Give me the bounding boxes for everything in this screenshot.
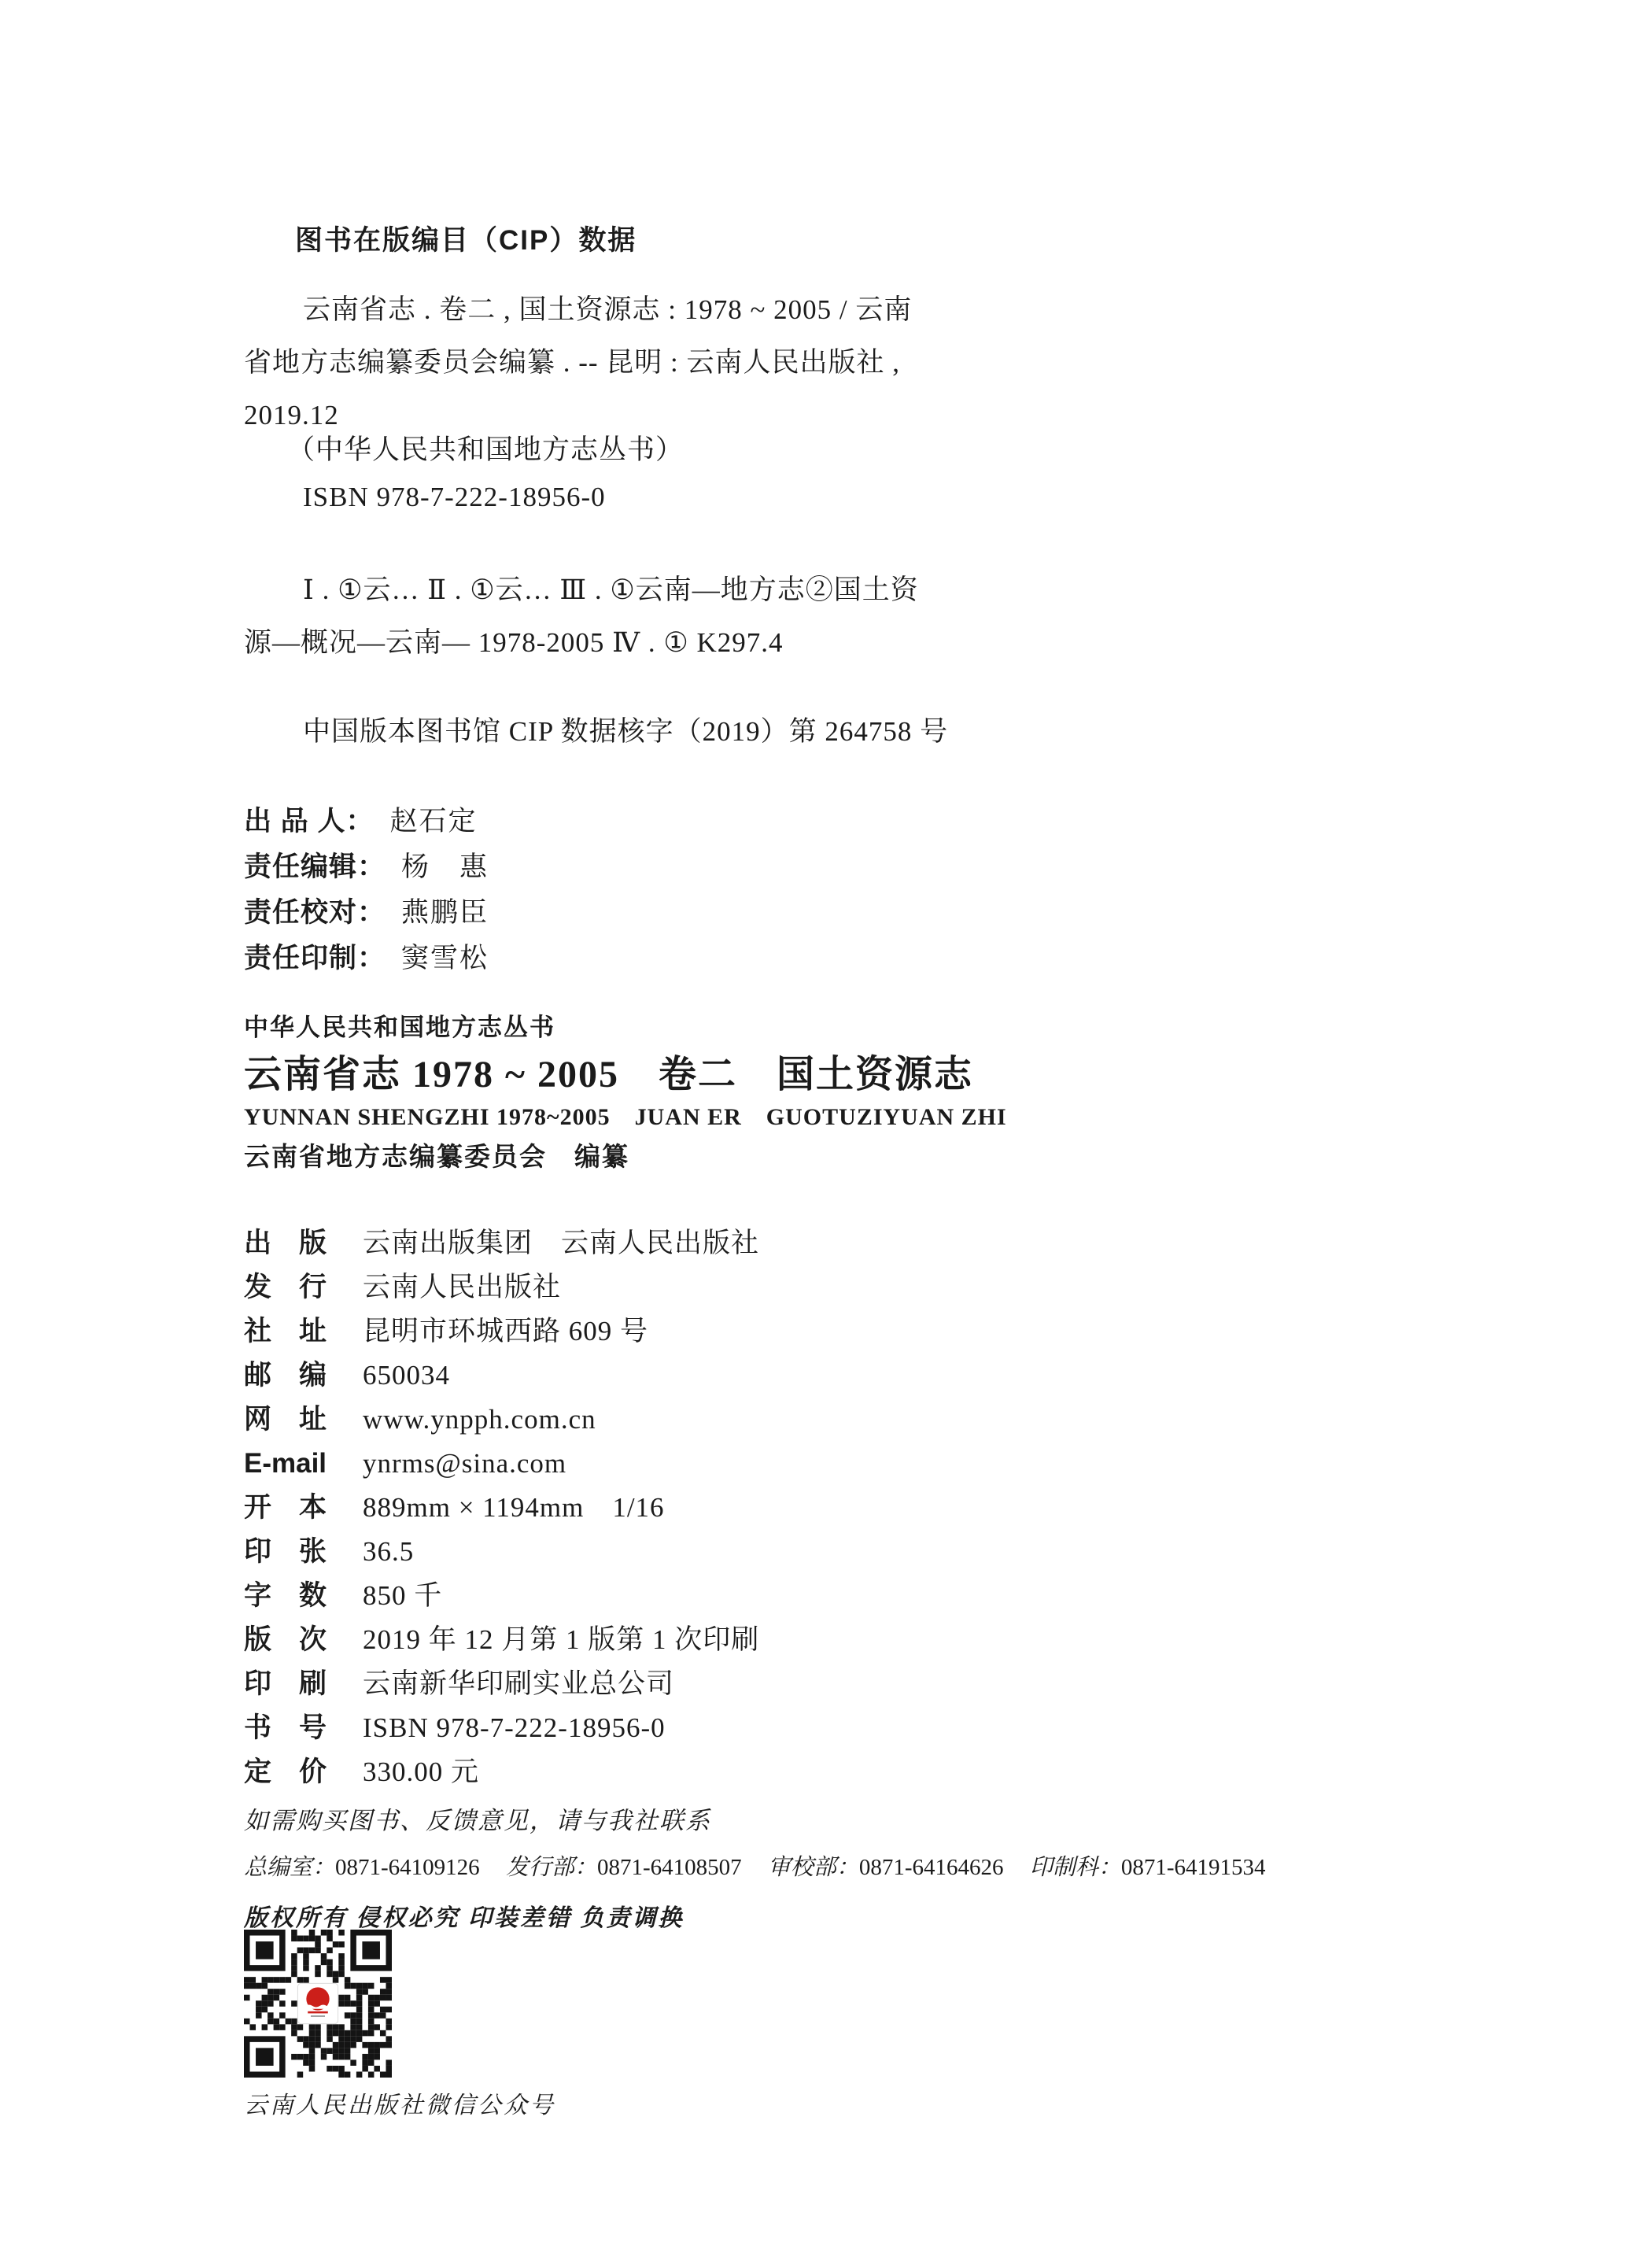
credit-value: 赵石定: [389, 806, 477, 837]
credit-label: 责任校对：: [244, 897, 386, 928]
publication-label: 出 版: [244, 1221, 334, 1265]
publication-value: 云南出版集团 云南人民出版社: [363, 1228, 759, 1258]
contact-phone: 0871-64164626: [859, 1855, 1004, 1880]
publication-value: ynrms@sina.com: [363, 1448, 566, 1479]
publication-value: 2019 年 12 月第 1 版第 1 次印刷: [363, 1624, 759, 1655]
publication-value: 889mm × 1194mm 1/16: [363, 1492, 665, 1523]
publication-label: 定 价: [244, 1750, 334, 1794]
contact-printing-dept: 印制科：0871-64191534: [1030, 1855, 1266, 1880]
publication-value: 云南新华印刷实业总公司: [363, 1668, 674, 1699]
series-note: （中华人民共和国地方志丛书）: [244, 428, 684, 467]
copyright-notice: 版权所有 侵权必究 印装差错 负责调换: [244, 1898, 684, 1933]
publication-value: 850 千: [363, 1580, 442, 1611]
publication-value: www.ynpph.com.cn: [363, 1404, 596, 1435]
credit-row-print-supervisor: 责任印制：窦雪松: [244, 936, 489, 981]
cip-isbn: ISBN 978-7-222-18956-0: [303, 482, 606, 513]
publication-label: 发 行: [244, 1265, 334, 1309]
publication-value: 330.00 元: [363, 1756, 479, 1787]
cip-class-line1: Ⅰ . ①云… Ⅱ . ①云… Ⅲ . ①云南—地方志②国土资: [244, 563, 1149, 616]
publication-details: 出 版云南出版集团 云南人民出版社 发 行云南人民出版社 社 址昆明市环城西路 …: [244, 1221, 759, 1794]
contact-proofreading-dept: 审校部：0871-64164626: [768, 1855, 1004, 1880]
cip-header: 图书在版编目（CIP）数据: [295, 219, 637, 258]
publication-row-address: 社 址昆明市环城西路 609 号: [244, 1309, 759, 1354]
contact-phone: 0871-64191534: [1121, 1855, 1266, 1880]
publication-row-website: 网 址www.ynpph.com.cn: [244, 1398, 759, 1442]
cip-classification: Ⅰ . ①云… Ⅱ . ①云… Ⅲ . ①云南—地方志②国土资 源—概况—云南—…: [244, 563, 1149, 669]
credit-label: 出 品 人：: [244, 806, 374, 837]
publication-row-publisher: 出 版云南出版集团 云南人民出版社: [244, 1221, 759, 1265]
publication-label: E-mail: [244, 1442, 334, 1486]
publication-label: 网 址: [244, 1398, 334, 1442]
credit-value: 杨 惠: [401, 851, 489, 882]
credit-row-editor: 责任编辑：杨 惠: [244, 844, 489, 890]
qr-code: [244, 1930, 392, 2078]
publication-label: 书 号: [244, 1706, 334, 1750]
credit-row-proofreader: 责任校对：燕鹏臣: [244, 890, 489, 936]
contact-label: 审校部：: [768, 1855, 859, 1880]
publication-label: 印 刷: [244, 1662, 334, 1706]
credit-label: 责任印制：: [244, 943, 386, 973]
publication-row-wordcount: 字 数850 千: [244, 1574, 759, 1618]
book-title-pinyin: YUNNAN SHENGZHI 1978~2005 JUAN ER GUOTUZ…: [244, 1097, 1007, 1132]
cip-desc-line1: 云南省志 . 卷二 , 国土资源志 : 1978 ~ 2005 / 云南: [244, 283, 1109, 336]
publication-row-sheets: 印 张36.5: [244, 1530, 759, 1574]
purchase-note: 如需购买图书、反馈意见，请与我社联系: [244, 1801, 711, 1836]
cip-desc-line2: 省地方志编纂委员会编纂 . -- 昆明 : 云南人民出版社 ,: [244, 336, 1109, 389]
cip-record-number: 中国版本图书馆 CIP 数据核字（2019）第 264758 号: [303, 710, 948, 749]
publication-value: 36.5: [363, 1536, 414, 1567]
publication-row-edition: 版 次2019 年 12 月第 1 版第 1 次印刷: [244, 1618, 759, 1662]
credit-label: 责任编辑：: [244, 851, 386, 882]
publication-value: 云南人民出版社: [363, 1272, 561, 1302]
contact-distribution-dept: 发行部：0871-64108507: [506, 1855, 742, 1880]
publication-row-isbn: 书 号ISBN 978-7-222-18956-0: [244, 1706, 759, 1750]
publication-value: 650034: [363, 1360, 450, 1391]
colophon-page: 图书在版编目（CIP）数据 云南省志 . 卷二 , 国土资源志 : 1978 ~…: [0, 0, 1642, 2268]
credit-row-producer: 出 品 人：赵石定: [244, 799, 489, 844]
contact-editorial-office: 总编室：0871-64109126: [244, 1855, 480, 1880]
qr-caption: 云南人民出版社微信公众号: [244, 2085, 555, 2120]
publication-row-email: E-mailynrms@sina.com: [244, 1442, 759, 1486]
publication-row-format: 开 本889mm × 1194mm 1/16: [244, 1486, 759, 1530]
staff-credits: 出 品 人：赵石定 责任编辑：杨 惠 责任校对：燕鹏臣 责任印制：窦雪松: [244, 799, 489, 981]
publication-row-distributor: 发 行云南人民出版社: [244, 1265, 759, 1309]
contact-phones: 总编室：0871-64109126 发行部：0871-64108507 审校部：…: [244, 1849, 1286, 1882]
publication-row-price: 定 价330.00 元: [244, 1750, 759, 1794]
book-title: 云南省志 1978 ~ 2005 卷二 国土资源志: [244, 1044, 973, 1098]
qr-code-image: [244, 1930, 392, 2078]
publication-row-postcode: 邮 编650034: [244, 1354, 759, 1398]
credit-value: 燕鹏臣: [401, 897, 489, 928]
publication-label: 字 数: [244, 1574, 334, 1618]
publication-label: 开 本: [244, 1486, 334, 1530]
publication-label: 印 张: [244, 1530, 334, 1574]
contact-phone: 0871-64108507: [597, 1855, 742, 1880]
contact-label: 印制科：: [1030, 1855, 1121, 1880]
publication-label: 邮 编: [244, 1354, 334, 1398]
contact-phone: 0871-64109126: [335, 1855, 480, 1880]
contact-label: 发行部：: [506, 1855, 597, 1880]
publication-value: 昆明市环城西路 609 号: [363, 1316, 648, 1346]
cip-description: 云南省志 . 卷二 , 国土资源志 : 1978 ~ 2005 / 云南 省地方…: [244, 283, 1109, 441]
publication-row-printer: 印 刷云南新华印刷实业总公司: [244, 1662, 759, 1706]
cip-class-line2: 源—概况—云南— 1978-2005 Ⅳ . ① K297.4: [244, 616, 1149, 669]
contact-label: 总编室：: [244, 1855, 335, 1880]
book-series-name: 中华人民共和国地方志丛书: [244, 1007, 555, 1043]
compiling-committee: 云南省地方志编纂委员会 编纂: [244, 1136, 629, 1173]
credit-value: 窦雪松: [401, 943, 489, 973]
publication-label: 社 址: [244, 1309, 334, 1354]
publication-label: 版 次: [244, 1618, 334, 1662]
publication-value: ISBN 978-7-222-18956-0: [363, 1712, 666, 1743]
